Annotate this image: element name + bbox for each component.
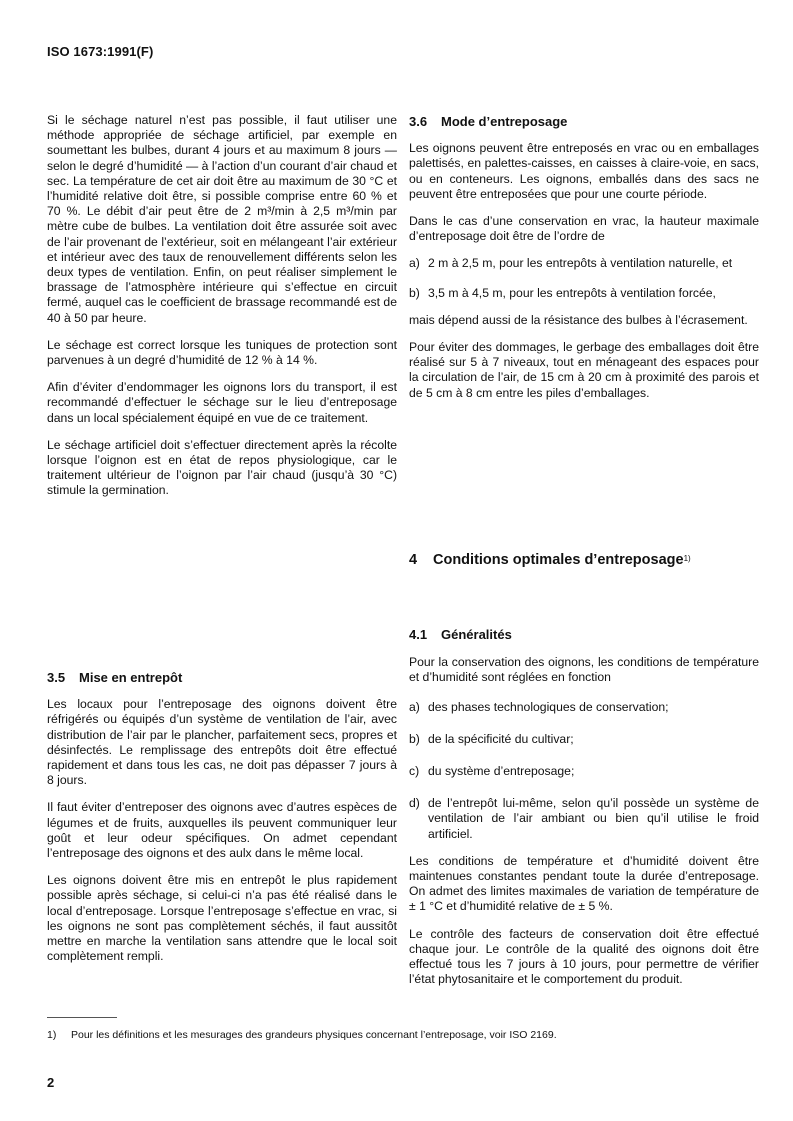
paragraph-stacking: Pour éviter des dommages, le gerbage des…	[409, 340, 759, 401]
list-text: de la spécificité du cultivar;	[428, 732, 759, 747]
list-text: 3,5 m à 4,5 m, pour les entrepôts à vent…	[428, 286, 759, 301]
section-3-5: 3.5Mise en entrepôt Les locaux pour l’en…	[47, 670, 397, 976]
footnote-label: 1)	[47, 1029, 71, 1041]
page-number: 2	[47, 1075, 54, 1090]
list-text: 2 m à 2,5 m, pour les entrepôts à ventil…	[428, 256, 759, 271]
list-label: a)	[409, 700, 428, 715]
paragraph-constant-conditions: Les conditions de température et d’humid…	[409, 854, 759, 915]
list-item: b) de la spécificité du cultivar;	[409, 732, 759, 747]
section-number: 4.1	[409, 627, 441, 642]
list-label: a)	[409, 256, 428, 271]
list-item: a) des phases technologiques de conserva…	[409, 700, 759, 715]
footnote-reference[interactable]: 1)	[684, 554, 691, 563]
paragraph-drying-timing: Le séchage artificiel doit s’effectuer d…	[47, 438, 397, 499]
footnote-divider	[47, 1017, 117, 1018]
section-heading-3-5: 3.5Mise en entrepôt	[47, 670, 397, 685]
list-label: b)	[409, 732, 428, 747]
section-title: Mise en entrepôt	[79, 670, 182, 685]
left-column: Si le séchage naturel n’est pas possible…	[47, 113, 397, 511]
section-number: 3.5	[47, 670, 79, 685]
list-label: d)	[409, 796, 428, 842]
list-item: d) de l’entrepôt lui-même, selon qu’il p…	[409, 796, 759, 842]
section-number: 4	[409, 553, 433, 568]
section-4: 4Conditions optimales d’entreposage1)	[409, 553, 759, 568]
document-id-header: ISO 1673:1991(F)	[47, 44, 153, 59]
footnote: 1)Pour les définitions et les mesurages …	[47, 1029, 557, 1041]
paragraph-conservation-intro: Pour la conservation des oignons, les co…	[409, 655, 759, 685]
section-heading-4-1: 4.1Généralités	[409, 627, 759, 642]
footnote-text: Pour les définitions et les mesurages de…	[71, 1029, 557, 1041]
section-heading-4: 4Conditions optimales d’entreposage1)	[409, 553, 759, 568]
paragraph-drying-transport: Afin d’éviter d’endommager les oignons l…	[47, 380, 397, 426]
list-text: du système d’entreposage;	[428, 764, 759, 779]
paragraph-avoid-mixing: Il faut éviter d’entreposer des oignons …	[47, 800, 397, 861]
section-title: Généralités	[441, 627, 512, 642]
list-item: c) du système d’entreposage;	[409, 764, 759, 779]
section-number: 3.6	[409, 114, 441, 129]
list-item: b) 3,5 m à 4,5 m, pour les entrepôts à v…	[409, 286, 759, 301]
section-title: Mode d’entreposage	[441, 114, 567, 129]
paragraph-artificial-drying: Si le séchage naturel n’est pas possible…	[47, 113, 397, 326]
section-4-1: 4.1Généralités Pour la conservation des …	[409, 627, 759, 999]
paragraph-quick-storage: Les oignons doivent être mis en entrepôt…	[47, 873, 397, 964]
paragraph-bulk-height: Dans le cas d’une conservation en vrac, …	[409, 214, 759, 244]
paragraph-crush-resistance: mais dépend aussi de la résistance des b…	[409, 313, 759, 328]
list-text: des phases technologiques de conservatio…	[428, 700, 759, 715]
paragraph-drying-correct: Le séchage est correct lorsque les tuniq…	[47, 338, 397, 368]
paragraph-storage-modes: Les oignons peuvent être entreposés en v…	[409, 141, 759, 202]
list-label: c)	[409, 764, 428, 779]
section-3-6: 3.6Mode d’entreposage Les oignons peuven…	[409, 114, 759, 413]
section-heading-3-6: 3.6Mode d’entreposage	[409, 114, 759, 129]
section-title: Conditions optimales d’entreposage	[433, 552, 684, 568]
paragraph-daily-control: Le contrôle des facteurs de conservation…	[409, 927, 759, 988]
list-text: de l’entrepôt lui-même, selon qu’il poss…	[428, 796, 759, 842]
paragraph-storage-rooms: Les locaux pour l’entreposage des oignon…	[47, 697, 397, 788]
list-item: a) 2 m à 2,5 m, pour les entrepôts à ven…	[409, 256, 759, 271]
list-label: b)	[409, 286, 428, 301]
